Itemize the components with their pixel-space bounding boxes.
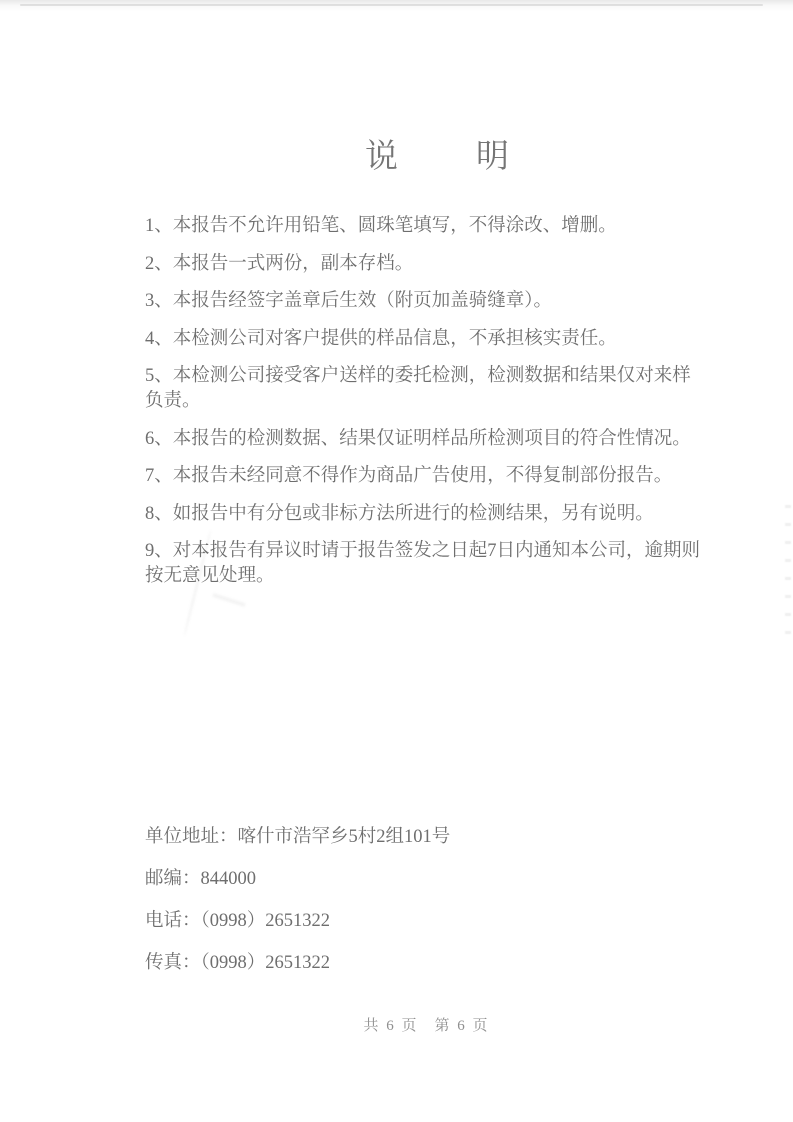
fax-line: 传真：（0998）2651322: [145, 950, 450, 976]
note-item-4: 4、本检测公司对客户提供的样品信息，不承担核实责任。: [145, 327, 720, 352]
address-label: 单位地址：: [145, 827, 238, 847]
phone-label: 电话：: [145, 911, 201, 931]
note-item-1: 1、本报告不允许用铅笔、圆珠笔填写，不得涂改、增删。: [145, 214, 720, 239]
address-value: 喀什市浩罕乡5村2组101号: [238, 827, 451, 847]
note-item-3: 3、本报告经签字盖章后生效（附页加盖骑缝章）。: [145, 289, 720, 314]
postcode-value: 844000: [201, 869, 257, 889]
document-page: 说明 1、本报告不允许用铅笔、圆珠笔填写，不得涂改、增删。 2、本报告一式两份，…: [0, 0, 793, 1122]
address-line: 单位地址：喀什市浩罕乡5村2组101号: [145, 824, 450, 850]
current-page: 第 6 页: [435, 1014, 490, 1035]
page-title: 说明: [365, 130, 587, 177]
scan-artifact-top-line: [20, 4, 763, 6]
postcode-label: 邮编：: [145, 869, 201, 889]
contact-info: 单位地址：喀什市浩罕乡5村2组101号 邮编：844000 电话：（0998）2…: [145, 824, 450, 992]
fax-label: 传真：: [145, 953, 201, 973]
note-item-6: 6、本报告的检测数据、结果仅证明样品所检测项目的符合性情况。: [145, 427, 720, 452]
phone-line: 电话：（0998）2651322: [145, 908, 450, 934]
fax-value: （0998）2651322: [201, 953, 331, 973]
note-item-7: 7、本报告未经同意不得作为商品广告使用，不得复制部份报告。: [145, 464, 720, 489]
note-item-5: 5、本检测公司接受客户送样的委托检测，检测数据和结果仅对来样 负责。: [145, 364, 720, 414]
notes-list: 1、本报告不允许用铅笔、圆珠笔填写，不得涂改、增删。 2、本报告一式两份，副本存…: [145, 214, 720, 602]
page-footer: 共 6 页 第 6 页: [30, 1014, 793, 1035]
postcode-line: 邮编：844000: [145, 866, 450, 892]
total-pages: 共 6 页: [363, 1014, 418, 1035]
note-item-8: 8、如报告中有分包或非标方法所进行的检测结果，另有说明。: [145, 502, 720, 527]
note-item-2: 2、本报告一式两份，副本存档。: [145, 252, 720, 277]
scan-artifact-right-edge: [785, 505, 791, 645]
phone-value: （0998）2651322: [201, 911, 331, 931]
scan-artifact-top-band: [0, 0, 793, 12]
note-item-9: 9、对本报告有异议时请于报告签发之日起7日内通知本公司，逾期则 按无意见处理。: [145, 539, 720, 589]
